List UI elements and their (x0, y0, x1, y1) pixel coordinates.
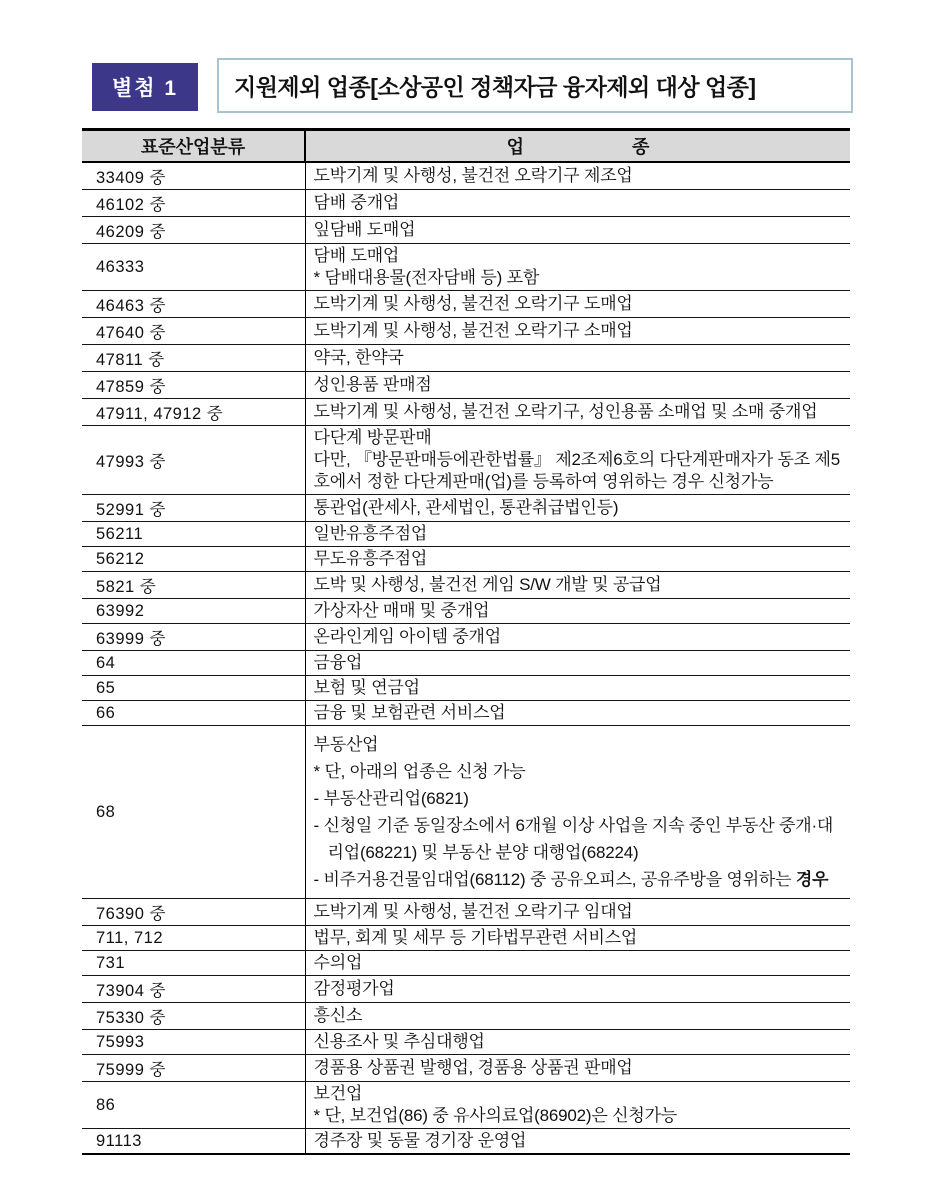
industry-code-cell: 64 (82, 651, 305, 676)
business-type-line: 도박기계 및 사행성, 불건전 오락기구 임대업 (314, 901, 843, 923)
table-row: 56211일반유흥주점업 (82, 522, 850, 547)
business-type-cell: 도박기계 및 사행성, 불건전 오락기구, 성인용품 소매업 및 소매 중개업 (305, 399, 850, 426)
industry-code-cell: 73904 중 (82, 976, 305, 1003)
business-type-line: 담배 중개업 (314, 192, 843, 214)
industry-code-cell: 56212 (82, 547, 305, 572)
business-type-line: 금융업 (314, 652, 843, 674)
business-type-cell: 법무, 회계 및 세무 등 기타법무관련 서비스업 (305, 926, 850, 951)
business-type-cell: 금융업 (305, 651, 850, 676)
business-type-line: 법무, 회계 및 세무 등 기타법무관련 서비스업 (314, 927, 843, 949)
business-type-cell: 부동산업* 단, 아래의 업종은 신청 가능- 부동산관리업(6821)- 신청… (305, 726, 850, 899)
industry-code-cell: 731 (82, 951, 305, 976)
table-row: 63992가상자산 매매 및 중개업 (82, 599, 850, 624)
table-row: 46209 중잎담배 도매업 (82, 217, 850, 244)
table-row: 47811 중약국, 한약국 (82, 345, 850, 372)
table-row: 66금융 및 보험관련 서비스업 (82, 701, 850, 726)
business-type-cell: 도박 및 사행성, 불건전 게임 S/W 개발 및 공급업 (305, 572, 850, 599)
business-type-line: 성인용품 판매점 (314, 374, 843, 396)
industry-code-cell: 66 (82, 701, 305, 726)
business-type-line: 신용조사 및 추심대행업 (314, 1031, 843, 1053)
industry-code-cell: 63999 중 (82, 624, 305, 651)
business-type-cell: 무도유흥주점업 (305, 547, 850, 572)
business-type-line: - 신청일 기준 동일장소에서 6개월 이상 사업을 지속 중인 부동산 중개·… (314, 812, 843, 866)
business-type-line: 감정평가업 (314, 978, 843, 1000)
industry-code-cell: 91113 (82, 1129, 305, 1155)
table-row: 731수의업 (82, 951, 850, 976)
plain-text: - 비주거용건물임대업(68112) 중 공유오피스, 공유주방을 영위하는 (314, 870, 796, 889)
industry-code-cell: 68 (82, 726, 305, 899)
industry-code-cell: 33409 중 (82, 162, 305, 190)
document-header: 별첨 1 지원제외 업종[소상공인 정책자금 융자제외 대상 업종] (92, 58, 853, 113)
business-type-cell: 도박기계 및 사행성, 불건전 오락기구 제조업 (305, 162, 850, 190)
business-type-line: 경품용 상품권 발행업, 경품용 상품권 판매업 (314, 1057, 843, 1079)
business-type-line: 담배 도매업 (314, 245, 843, 267)
table-row: 33409 중도박기계 및 사행성, 불건전 오락기구 제조업 (82, 162, 850, 190)
table-body: 33409 중도박기계 및 사행성, 불건전 오락기구 제조업46102 중담배… (82, 162, 850, 1154)
business-type-line: * 담배대용물(전자담배 등) 포함 (314, 267, 843, 289)
table-row: 91113경주장 및 동물 경기장 운영업 (82, 1129, 850, 1155)
business-type-line: * 단, 아래의 업종은 신청 가능 (314, 758, 843, 785)
table-header: 표준산업분류 업 종 (82, 130, 850, 163)
column-header-industry-code: 표준산업분류 (82, 130, 305, 163)
business-type-cell: 경품용 상품권 발행업, 경품용 상품권 판매업 (305, 1055, 850, 1082)
business-type-line: 경주장 및 동물 경기장 운영업 (314, 1130, 843, 1152)
industry-code-cell: 5821 중 (82, 572, 305, 599)
table-row: 86보건업* 단, 보건업(86) 중 유사의료업(86902)은 신청가능 (82, 1082, 850, 1129)
business-type-line: 온라인게임 아이템 중개업 (314, 626, 843, 648)
business-type-line: 수의업 (314, 952, 843, 974)
business-type-line: 도박기계 및 사행성, 불건전 오락기구 도매업 (314, 293, 843, 315)
table-row: 47993 중다단계 방문판매다만, 『방문판매등에관한법률』 제2조제6호의 … (82, 426, 850, 495)
industry-code-cell: 47993 중 (82, 426, 305, 495)
table-row: 46102 중담배 중개업 (82, 190, 850, 217)
business-type-line: 약국, 한약국 (314, 347, 843, 369)
business-type-cell: 온라인게임 아이템 중개업 (305, 624, 850, 651)
industry-code-cell: 711, 712 (82, 926, 305, 951)
business-type-cell: 수의업 (305, 951, 850, 976)
industry-code-cell: 47911, 47912 중 (82, 399, 305, 426)
business-type-line: 다만, 『방문판매등에관한법률』 제2조제6호의 다단계판매자가 동조 제5호에… (314, 449, 843, 493)
table-row: 73904 중감정평가업 (82, 976, 850, 1003)
business-type-cell: 도박기계 및 사행성, 불건전 오락기구 임대업 (305, 899, 850, 926)
business-type-line: 도박기계 및 사행성, 불건전 오락기구 제조업 (314, 165, 843, 187)
business-type-cell: 보험 및 연금업 (305, 676, 850, 701)
industry-code-cell: 56211 (82, 522, 305, 547)
business-type-cell: 담배 중개업 (305, 190, 850, 217)
business-type-line: - 비주거용건물임대업(68112) 중 공유오피스, 공유주방을 영위하는 경… (314, 866, 843, 893)
industry-code-cell: 86 (82, 1082, 305, 1129)
business-type-line: - 부동산관리업(6821) (314, 785, 843, 812)
business-type-cell: 감정평가업 (305, 976, 850, 1003)
table-row: 76390 중도박기계 및 사행성, 불건전 오락기구 임대업 (82, 899, 850, 926)
table-row: 47911, 47912 중도박기계 및 사행성, 불건전 오락기구, 성인용품… (82, 399, 850, 426)
table-row: 56212무도유흥주점업 (82, 547, 850, 572)
business-type-line: 보건업 (314, 1083, 843, 1105)
business-type-cell: 다단계 방문판매다만, 『방문판매등에관한법률』 제2조제6호의 다단계판매자가… (305, 426, 850, 495)
industry-code-cell: 46102 중 (82, 190, 305, 217)
attachment-badge: 별첨 1 (92, 63, 198, 111)
table-row: 46333담배 도매업* 담배대용물(전자담배 등) 포함 (82, 244, 850, 291)
excluded-business-table: 표준산업분류 업 종 33409 중도박기계 및 사행성, 불건전 오락기구 제… (82, 128, 850, 1155)
business-type-line: 일반유흥주점업 (314, 523, 843, 545)
table-row: 75999 중경품용 상품권 발행업, 경품용 상품권 판매업 (82, 1055, 850, 1082)
table-header-row: 표준산업분류 업 종 (82, 130, 850, 163)
business-type-cell: 금융 및 보험관련 서비스업 (305, 701, 850, 726)
table-row: 75993신용조사 및 추심대행업 (82, 1030, 850, 1055)
industry-code-cell: 75993 (82, 1030, 305, 1055)
business-type-line: 흥신소 (314, 1005, 843, 1027)
business-type-line: 잎담배 도매업 (314, 219, 843, 241)
business-type-cell: 성인용품 판매점 (305, 372, 850, 399)
industry-code-cell: 46209 중 (82, 217, 305, 244)
business-type-line: 금융 및 보험관련 서비스업 (314, 702, 843, 724)
industry-code-cell: 76390 중 (82, 899, 305, 926)
business-type-cell: 잎담배 도매업 (305, 217, 850, 244)
industry-code-cell: 47640 중 (82, 318, 305, 345)
industry-code-cell: 47859 중 (82, 372, 305, 399)
page-title: 지원제외 업종[소상공인 정책자금 융자제외 대상 업종] (234, 69, 756, 102)
document-page: 별첨 1 지원제외 업종[소상공인 정책자금 융자제외 대상 업종] 표준산업분… (0, 0, 946, 1200)
business-type-line: 무도유흥주점업 (314, 548, 843, 570)
industry-code-cell: 52991 중 (82, 495, 305, 522)
business-type-line: 도박기계 및 사행성, 불건전 오락기구 소매업 (314, 320, 843, 342)
table-row: 711, 712법무, 회계 및 세무 등 기타법무관련 서비스업 (82, 926, 850, 951)
business-type-cell: 도박기계 및 사행성, 불건전 오락기구 소매업 (305, 318, 850, 345)
industry-code-cell: 75999 중 (82, 1055, 305, 1082)
table-row: 5821 중도박 및 사행성, 불건전 게임 S/W 개발 및 공급업 (82, 572, 850, 599)
emphasized-text: 경우 (796, 870, 828, 889)
business-type-line: 도박기계 및 사행성, 불건전 오락기구, 성인용품 소매업 및 소매 중개업 (314, 401, 843, 423)
business-type-cell: 보건업* 단, 보건업(86) 중 유사의료업(86902)은 신청가능 (305, 1082, 850, 1129)
business-type-cell: 통관업(관세사, 관세법인, 통관취급법인등) (305, 495, 850, 522)
business-type-line: 보험 및 연금업 (314, 677, 843, 699)
table-row: 63999 중온라인게임 아이템 중개업 (82, 624, 850, 651)
table-row: 68부동산업* 단, 아래의 업종은 신청 가능- 부동산관리업(6821)- … (82, 726, 850, 899)
table-row: 52991 중통관업(관세사, 관세법인, 통관취급법인등) (82, 495, 850, 522)
business-type-cell: 신용조사 및 추심대행업 (305, 1030, 850, 1055)
business-type-cell: 흥신소 (305, 1003, 850, 1030)
business-type-line: 도박 및 사행성, 불건전 게임 S/W 개발 및 공급업 (314, 574, 843, 596)
business-type-cell: 가상자산 매매 및 중개업 (305, 599, 850, 624)
business-type-cell: 도박기계 및 사행성, 불건전 오락기구 도매업 (305, 291, 850, 318)
business-type-cell: 일반유흥주점업 (305, 522, 850, 547)
industry-code-cell: 75330 중 (82, 1003, 305, 1030)
industry-code-cell: 46463 중 (82, 291, 305, 318)
table-row: 75330 중흥신소 (82, 1003, 850, 1030)
business-type-line: 가상자산 매매 및 중개업 (314, 600, 843, 622)
industry-code-cell: 47811 중 (82, 345, 305, 372)
industry-code-cell: 46333 (82, 244, 305, 291)
table-row: 47859 중성인용품 판매점 (82, 372, 850, 399)
table-row: 46463 중도박기계 및 사행성, 불건전 오락기구 도매업 (82, 291, 850, 318)
table-row: 64금융업 (82, 651, 850, 676)
table-row: 65보험 및 연금업 (82, 676, 850, 701)
business-type-line: 통관업(관세사, 관세법인, 통관취급법인등) (314, 497, 843, 519)
title-box: 지원제외 업종[소상공인 정책자금 융자제외 대상 업종] (217, 58, 853, 113)
business-type-line: 다단계 방문판매 (314, 427, 843, 449)
business-type-cell: 경주장 및 동물 경기장 운영업 (305, 1129, 850, 1155)
table-row: 47640 중도박기계 및 사행성, 불건전 오락기구 소매업 (82, 318, 850, 345)
business-type-cell: 담배 도매업* 담배대용물(전자담배 등) 포함 (305, 244, 850, 291)
business-type-cell: 약국, 한약국 (305, 345, 850, 372)
industry-code-cell: 63992 (82, 599, 305, 624)
business-type-line: 부동산업 (314, 731, 843, 758)
industry-code-cell: 65 (82, 676, 305, 701)
business-type-line: * 단, 보건업(86) 중 유사의료업(86902)은 신청가능 (314, 1105, 843, 1127)
column-header-business-type: 업 종 (305, 130, 850, 163)
